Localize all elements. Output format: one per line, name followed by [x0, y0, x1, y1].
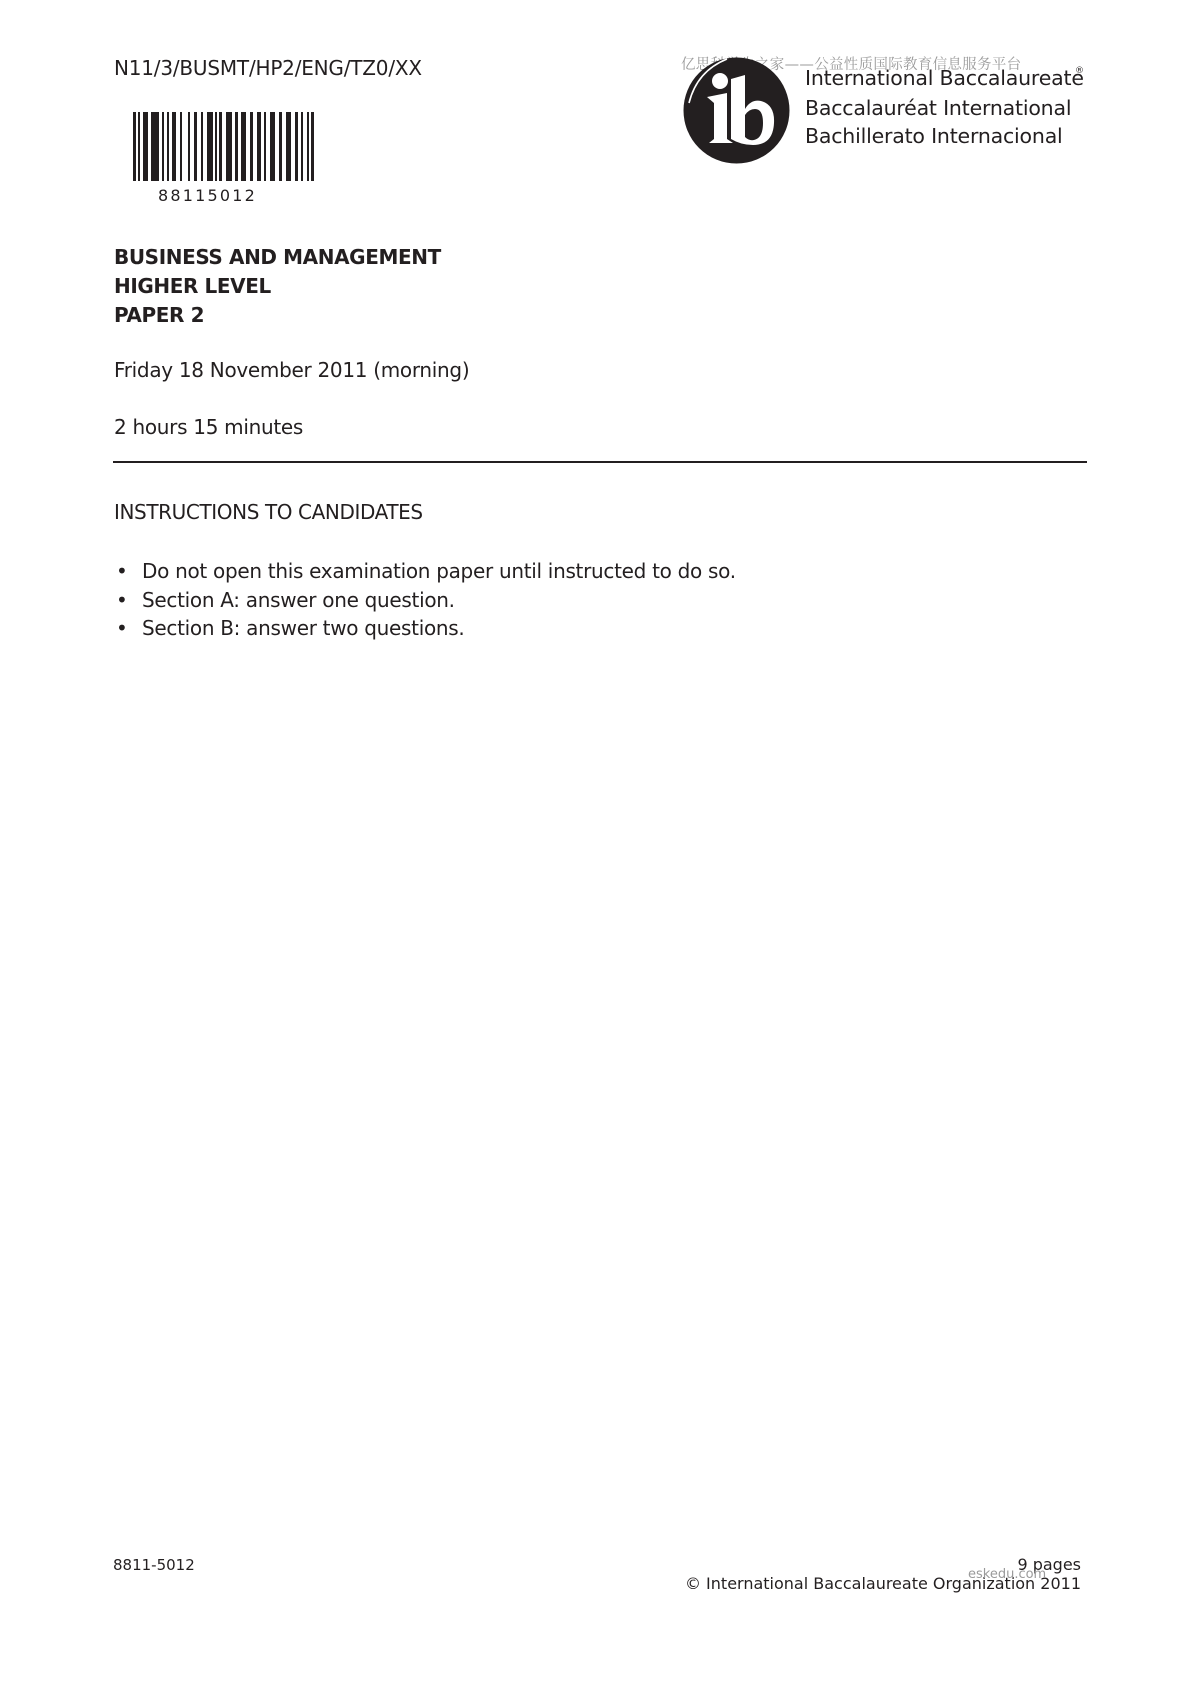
instruction-item: •Section A: answer one question. [114, 586, 736, 615]
instructions-heading: INSTRUCTIONS TO CANDIDATES [114, 500, 423, 524]
bullet-icon: • [116, 586, 128, 615]
instruction-item: •Section B: answer two questions. [114, 614, 736, 643]
paper-code: N11/3/BUSMT/HP2/ENG/TZ0/XX [114, 56, 422, 80]
instruction-item: •Do not open this examination paper unti… [114, 557, 736, 586]
document-number: 8811-5012 [113, 1556, 195, 1574]
logo-text-spanish: Bachillerato Internacional [805, 124, 1063, 148]
instructions-list: •Do not open this examination paper unti… [114, 557, 736, 643]
exam-date: Friday 18 November 2011 (morning) [114, 358, 469, 382]
ib-logo-icon [683, 57, 790, 164]
divider [113, 461, 1087, 463]
bullet-icon: • [116, 614, 128, 643]
bullet-icon: • [116, 557, 128, 586]
paper-title: PAPER 2 [114, 303, 204, 327]
barcode-number: 88115012 [158, 186, 257, 205]
exam-duration: 2 hours 15 minutes [114, 415, 303, 439]
level-title: HIGHER LEVEL [114, 274, 271, 298]
subject-title: BUSINESS AND MANAGEMENT [114, 245, 441, 269]
logo-text-english: International Baccalaureate [805, 66, 1084, 90]
logo-text-french: Baccalauréat International [805, 96, 1071, 120]
watermark-bottom: eskedu.com [968, 1567, 1046, 1582]
registered-mark: ® [1075, 66, 1084, 76]
barcode-icon [133, 112, 314, 181]
